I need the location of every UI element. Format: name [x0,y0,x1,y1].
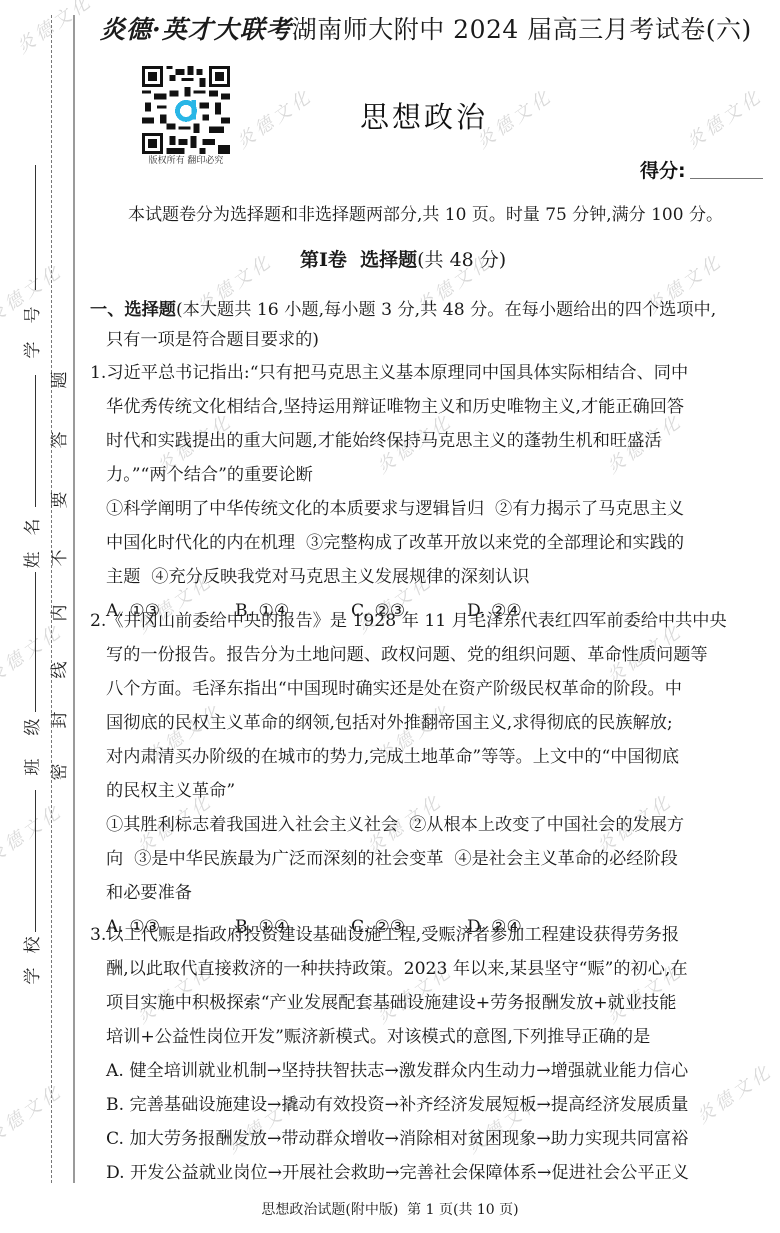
statement-line: ①其胜利标志着我国进入社会主义社会 ②从根本上改变了中国社会的发展方 [90,808,770,842]
question-3: 3.以工代赈是指政府投资建设基础设施工程,受赈济者参加工程建设获得劳务报 酬,以… [90,918,770,1190]
part-heading-line2: 只有一项是符合题目要求的) [106,330,319,350]
statement-line: 主题 ④充分反映我党对马克思主义发展规律的深刻认识 [90,560,770,594]
part-heading-bold: 一、选择题 [90,300,176,320]
question-text-line: 对内肃清买办阶级的在城市的势力,完成土地革命”等等。上文中的“中国彻底 [90,740,770,774]
option-b[interactable]: B. 完善基础设施建设→撬动有效投资→补齐经济发展短板→提高经济发展质量 [90,1088,770,1122]
score-field[interactable] [690,178,763,179]
question-number: 3. [90,925,106,945]
exam-school-name: 湖南师大附中 2024 届高三月考试卷(六) [292,15,752,44]
question-text-line: 八个方面。毛泽东指出“中国现时确实还是处在资产阶级民权革命的阶段。中 [90,672,770,706]
seal-text-char: 线 [52,660,72,680]
question-text-line: 力。”“两个结合”的重要论断 [90,458,770,492]
seal-text-char: 封 [52,710,72,730]
subject-title: 思想政治 [360,95,488,136]
question-text-line: 酬,以此取代直接救济的一种扶持政策。2023 年以来,某县坚守“赈”的初心,在 [90,952,770,986]
question-text-line: 《井冈山前委给中央的报告》是 1928 年 11 月毛泽东代表红四军前委给中共中… [106,611,726,631]
question-2: 2.《井冈山前委给中央的报告》是 1928 年 11 月毛泽东代表红四军前委给中… [90,604,770,944]
question-number: 1. [90,363,106,383]
question-text-line: 华优秀传统文化相结合,坚持运用辩证唯物主义和历史唯物主义,才能正确回答 [90,390,770,424]
school-line[interactable] [35,790,36,932]
name-line[interactable] [35,375,36,507]
seal-text-char: 答 [52,430,72,450]
question-text-line: 国彻底的民权主义革命的纲领,包括对外推翻帝国主义,求得彻底的民族解放; [90,706,770,740]
student-id-label-char: 号 [25,305,45,325]
option-a[interactable]: A. 健全培训就业机制→坚持扶智扶志→激发群众内生动力→增强就业能力信心 [90,1054,770,1088]
part-heading-text: (本大题共 16 小题,每小题 3 分,共 48 分。在每小题给出的四个选项中, [176,300,716,320]
statement-line: 和必要准备 [90,876,770,910]
school-label-char: 校 [25,935,45,955]
name-label-char: 名 [25,517,45,537]
question-1: 1.习近平总书记指出:“只有把马克思主义基本原理同中国具体实际相结合、同中 华优… [90,356,770,628]
seal-text-char: 题 [52,370,72,390]
question-text-line: 写的一份报告。报告分为土地问题、政权问题、党的组织问题、革命性质问题等 [90,638,770,672]
score-label: 得分: [640,156,686,183]
exam-instructions: 本试题卷分为选择题和非选择题两部分,共 10 页。时量 75 分钟,满分 100… [128,200,723,225]
exam-series-name: 炎德·英才大联考 [100,15,292,44]
qr-code-icon [142,66,230,154]
seal-text-char: 不 [52,548,72,568]
school-label-char: 学 [25,966,45,986]
section-title-bold: 第Ⅰ卷 选择题 [300,249,417,271]
student-id-line[interactable] [35,165,36,290]
question-number: 2. [90,611,106,631]
watermark: 炎德文化 [681,82,768,154]
binding-edge-line [73,15,75,1183]
statement-line: 中国化时代化的内在机理 ③完整构成了改革开放以来党的全部理论和实践的 [90,526,770,560]
seal-dotted-line [51,15,52,1183]
class-line[interactable] [35,572,36,712]
class-label-char: 级 [25,717,45,737]
statement-line: 向 ③是中华民族最为广泛而深刻的社会变革 ④是社会主义革命的必经阶段 [90,842,770,876]
question-text-line: 习近平总书记指出:“只有把马克思主义基本原理同中国具体实际相结合、同中 [106,363,688,383]
exam-title: 炎德·英才大联考湖南师大附中 2024 届高三月考试卷(六) [100,10,770,50]
student-id-label-char: 学 [25,340,45,360]
section-title-points: (共 48 分) [417,249,506,271]
seal-text-char: 要 [52,490,72,510]
option-c[interactable]: C. 加大劳务报酬发放→带动群众增收→消除相对贫困现象→助力实现共同富裕 [90,1122,770,1156]
copyright-caption: 版权所有 翻印必究 [138,153,234,166]
statement-line: ①科学阐明了中华传统文化的本质要求与逻辑旨归 ②有力揭示了马克思主义 [90,492,770,526]
watermark: 炎德文化 [0,1077,67,1149]
question-text-line: 时代和实践提出的重大问题,才能始终保持马克思主义的蓬勃生机和旺盛活 [90,424,770,458]
question-text-line: 以工代赈是指政府投资建设基础设施工程,受赈济者参加工程建设获得劳务报 [106,925,679,945]
question-text-line: 培训+公益性岗位开发”赈济新模式。对该模式的意图,下列推导正确的是 [90,1020,770,1054]
watermark: 炎德文化 [11,0,98,59]
watermark: 炎德文化 [231,82,318,154]
seal-text-char: 密 [52,762,72,782]
question-text-line: 的民权主义革命” [90,774,770,808]
watermark: 炎德文化 [0,797,67,869]
question-text-line: 项目实施中积极探索“产业发展配套基础设施建设+劳务报酬发放+就业技能 [90,986,770,1020]
part-heading: 一、选择题(本大题共 16 小题,每小题 3 分,共 48 分。在每小题给出的四… [90,300,716,320]
page-footer: 思想政治试题(附中版) 第 1 页(共 10 页) [0,1199,780,1219]
option-d[interactable]: D. 开发公益就业岗位→开展社会救助→完善社会保障体系→促进社会公平正义 [90,1156,770,1190]
name-label-char: 姓 [25,550,45,570]
section-title: 第Ⅰ卷 选择题(共 48 分) [300,245,506,272]
class-label-char: 班 [25,757,45,777]
seal-text-char: 内 [52,603,72,623]
